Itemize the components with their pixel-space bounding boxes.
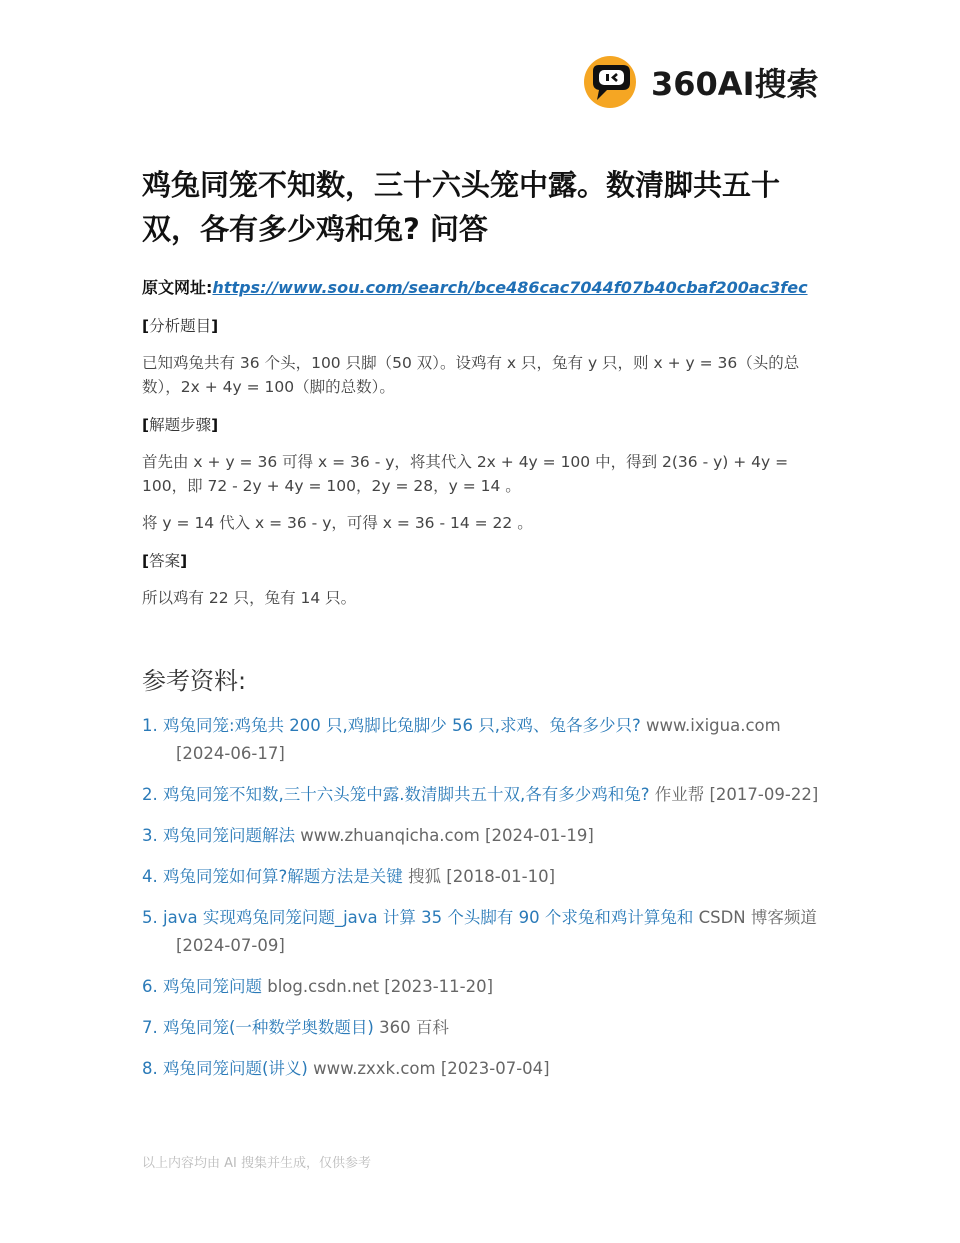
reference-source: 搜狐 bbox=[408, 867, 441, 886]
ai-disclaimer: 以上内容均由 AI 搜集并生成，仅供参考 bbox=[142, 1152, 371, 1171]
references-heading: 参考资料: bbox=[142, 664, 246, 698]
reference-item: 6. 鸡兔同笼问题 blog.csdn.net [2023-11-20] bbox=[142, 973, 822, 1001]
section-answer: [答案] 所以鸡有 22 只，兔有 14 只。 bbox=[142, 549, 822, 610]
section-heading: [解题步骤] bbox=[142, 413, 822, 437]
reference-source: www.zhuanqicha.com bbox=[300, 826, 480, 845]
page-title: 鸡兔同笼不知数，三十六头笼中露。数清脚共五十双，各有多少鸡和兔? 问答 bbox=[142, 163, 822, 251]
brand-logo: 360AI搜索 bbox=[583, 55, 818, 109]
reference-source: www.zxxk.com bbox=[313, 1059, 435, 1078]
reference-source: 360 百科 bbox=[379, 1018, 449, 1037]
answer-paragraph: 所以鸡有 22 只，兔有 14 只。 bbox=[142, 586, 822, 610]
reference-item: 7. 鸡兔同笼(一种数学奥数题目) 360 百科 bbox=[142, 1014, 822, 1042]
section-heading: [答案] bbox=[142, 549, 822, 573]
reference-link[interactable]: 鸡兔同笼问题解法 bbox=[163, 826, 295, 845]
brand-name: 360AI搜索 bbox=[651, 59, 818, 105]
reference-item: 8. 鸡兔同笼问题(讲义) www.zxxk.com [2023-07-04] bbox=[142, 1055, 822, 1083]
analysis-paragraph: 已知鸡兔共有 36 个头，100 只脚（50 双）。设鸡有 x 只，兔有 y 只… bbox=[142, 351, 822, 399]
reference-link[interactable]: 鸡兔同笼问题 bbox=[163, 977, 262, 996]
section-analysis: [分析题目] 已知鸡兔共有 36 个头，100 只脚（50 双）。设鸡有 x 只… bbox=[142, 314, 822, 399]
reference-date: [2018-01-10] bbox=[446, 867, 555, 886]
chat-bubble-logo-icon bbox=[583, 55, 637, 109]
reference-link[interactable]: java 实现鸡兔同笼问题_java 计算 35 个头脚有 90 个求兔和鸡计算… bbox=[163, 908, 693, 927]
reference-item: 2. 鸡兔同笼不知数,三十六头笼中露.数清脚共五十双,各有多少鸡和兔? 作业帮 … bbox=[142, 781, 822, 809]
reference-link[interactable]: 鸡兔同笼(一种数学奥数题目) bbox=[163, 1018, 374, 1037]
reference-source: blog.csdn.net bbox=[267, 977, 379, 996]
reference-link[interactable]: 鸡兔同笼:鸡兔共 200 只,鸡脚比兔脚少 56 只,求鸡、兔各多少只? bbox=[163, 716, 641, 735]
reference-source: 作业帮 bbox=[655, 785, 705, 804]
source-line: 原文网址:https://www.sou.com/search/bce486ca… bbox=[142, 276, 808, 300]
reference-link[interactable]: 鸡兔同笼不知数,三十六头笼中露.数清脚共五十双,各有多少鸡和兔? bbox=[163, 785, 650, 804]
reference-link[interactable]: 鸡兔同笼问题(讲义) bbox=[163, 1059, 308, 1078]
reference-date: [2017-09-22] bbox=[710, 785, 819, 804]
reference-date: [2024-06-17] bbox=[176, 744, 285, 763]
references-list: 1. 鸡兔同笼:鸡兔共 200 只,鸡脚比兔脚少 56 只,求鸡、兔各多少只? … bbox=[142, 712, 822, 1096]
section-steps: [解题步骤] 首先由 x + y = 36 可得 x = 36 - y，将其代入… bbox=[142, 413, 822, 535]
reference-item: 1. 鸡兔同笼:鸡兔共 200 只,鸡脚比兔脚少 56 只,求鸡、兔各多少只? … bbox=[142, 712, 822, 768]
reference-link[interactable]: 鸡兔同笼如何算?解题方法是关键 bbox=[163, 867, 403, 886]
reference-date: [2024-07-09] bbox=[176, 936, 285, 955]
reference-item: 4. 鸡兔同笼如何算?解题方法是关键 搜狐 [2018-01-10] bbox=[142, 863, 822, 891]
steps-paragraph-2: 将 y = 14 代入 x = 36 - y，可得 x = 36 - 14 = … bbox=[142, 511, 822, 535]
reference-item: 3. 鸡兔同笼问题解法 www.zhuanqicha.com [2024-01-… bbox=[142, 822, 822, 850]
reference-date: [2024-01-19] bbox=[485, 826, 594, 845]
reference-date: [2023-07-04] bbox=[441, 1059, 550, 1078]
source-label: 原文网址: bbox=[142, 278, 212, 297]
reference-item: 5. java 实现鸡兔同笼问题_java 计算 35 个头脚有 90 个求兔和… bbox=[142, 904, 822, 960]
reference-date: [2023-11-20] bbox=[384, 977, 493, 996]
source-url-link[interactable]: https://www.sou.com/search/bce486cac7044… bbox=[212, 278, 807, 297]
reference-source: www.ixigua.com bbox=[646, 716, 781, 735]
reference-source: CSDN 博客频道 bbox=[699, 908, 817, 927]
section-heading: [分析题目] bbox=[142, 314, 822, 338]
steps-paragraph-1: 首先由 x + y = 36 可得 x = 36 - y，将其代入 2x + 4… bbox=[142, 450, 822, 498]
